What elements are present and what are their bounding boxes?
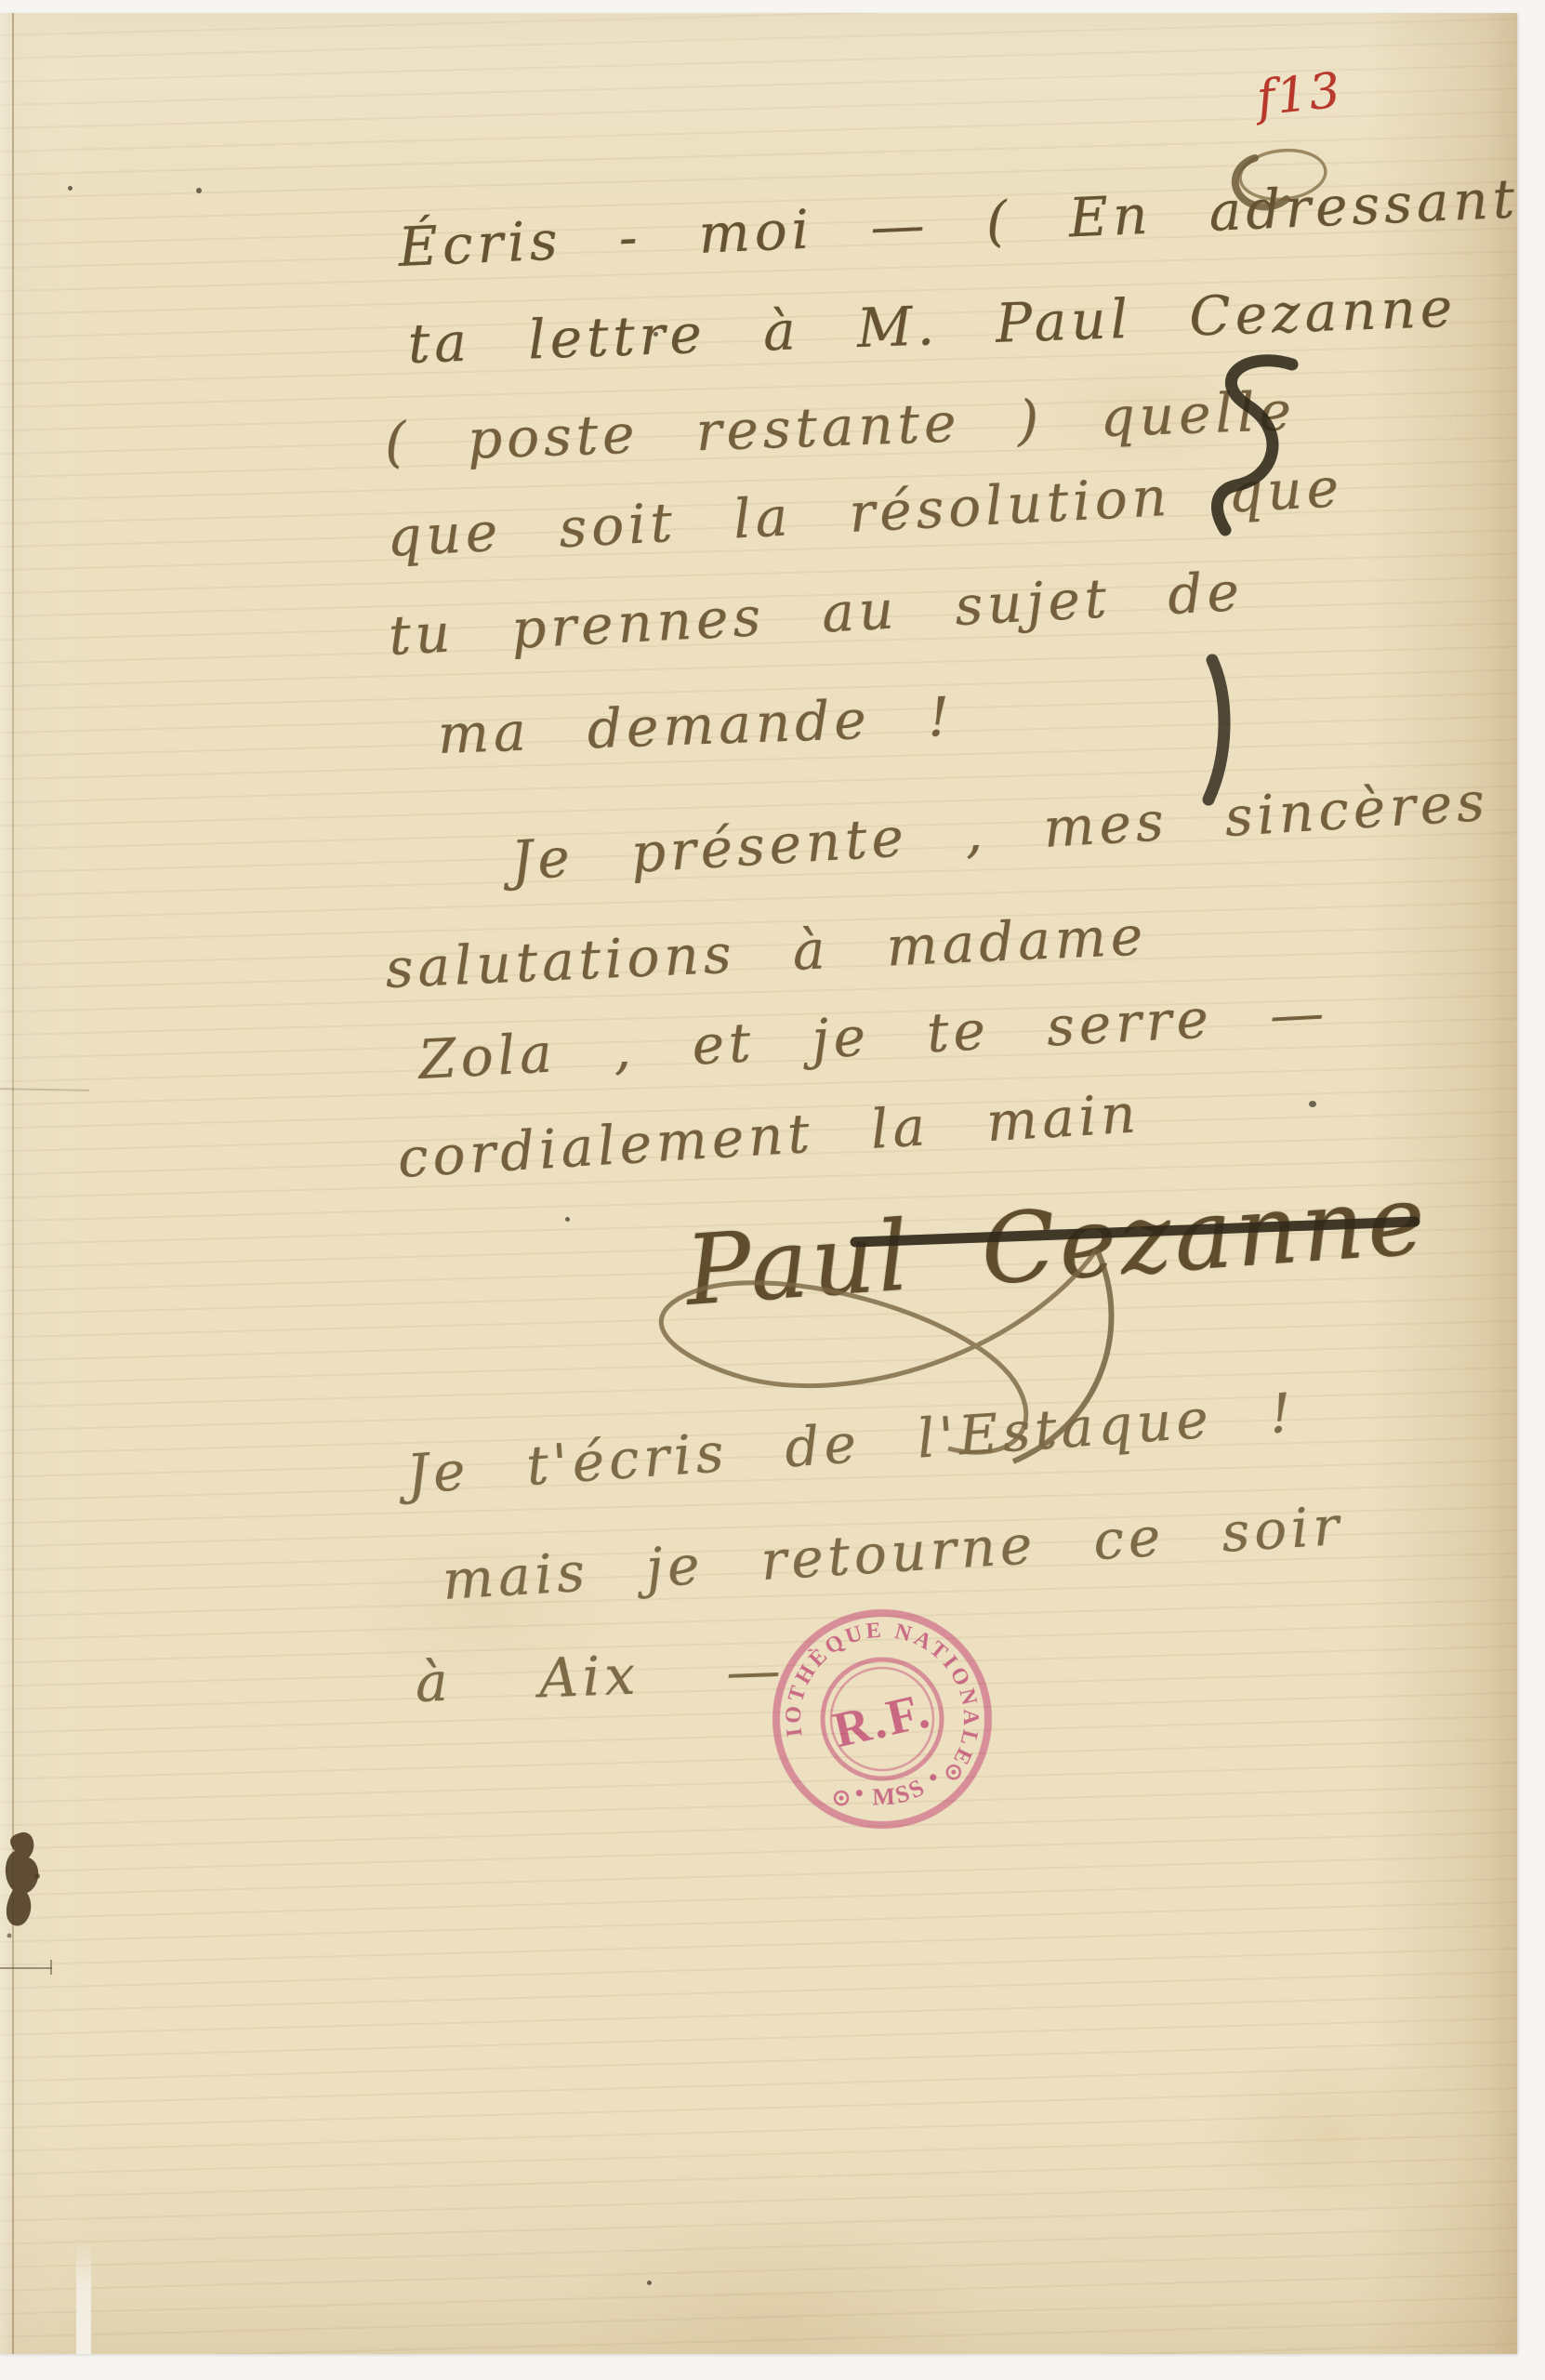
letter-line-4: que soit la résolution que	[385, 456, 1344, 569]
postscript-line-1: Je t'écris de l'Estaque !	[404, 1381, 1298, 1506]
pencil-mark	[0, 1967, 52, 1969]
letter-line-6: ma demande !	[437, 685, 956, 766]
paper-speck	[647, 2281, 652, 2285]
paper-speck	[565, 1217, 570, 1222]
letter-line-3: ( poste restante ) quelle	[384, 379, 1297, 474]
paper-speck	[196, 188, 202, 193]
pencil-mark-tick	[50, 1960, 52, 1975]
signature: Paul Cezanne	[681, 1162, 1432, 1328]
page-left-edge	[0, 13, 12, 2354]
paper-speck	[654, 332, 658, 337]
folio-number: f13	[1254, 62, 1344, 126]
fold-crease-line	[12, 13, 14, 2354]
letter-line-5: tu prennes au sujet de	[387, 560, 1245, 668]
library-stamp: BIBLIOTHÈQUE NATIONALE • MSS • R.F.	[727, 1564, 1037, 1873]
letter-page: f13 Écris - moi — ( En adressant ta lett…	[0, 13, 1517, 2354]
paper-edge-notch	[76, 2242, 91, 2354]
stamp-center-text: R.F.	[828, 1682, 937, 1758]
letter-line-8: salutations à madame	[384, 904, 1148, 1000]
paper-speck	[68, 186, 73, 191]
letter-line-7: Je présente , mes sincères	[509, 770, 1491, 892]
letter-line-1: Écris - moi — ( En adressant	[397, 166, 1520, 279]
stamp-rosette-right	[945, 1765, 961, 1780]
letter-line-10: cordialement la main	[396, 1081, 1142, 1190]
postscript-line-3: à Aix —	[415, 1638, 786, 1714]
paper-speck	[1309, 1101, 1316, 1107]
stamp-rosette-left	[834, 1791, 850, 1806]
letter-line-2: ta lettre à M. Paul Cezanne	[407, 276, 1458, 376]
letter-line-9: Zola , et je te serre —	[416, 981, 1329, 1091]
